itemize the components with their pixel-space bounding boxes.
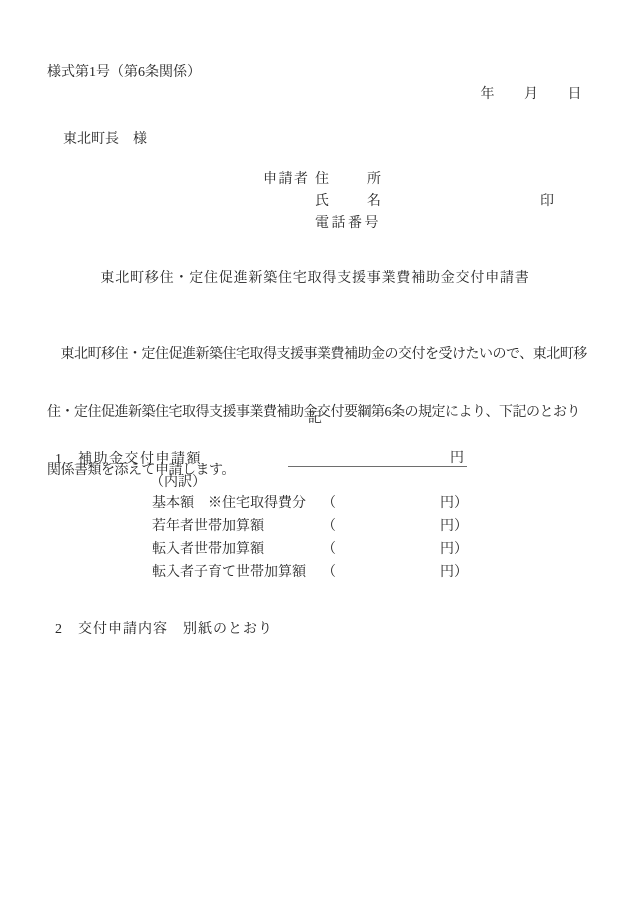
application-form-page: 様式第1号（第6条関係） 年 月 日 東北町長 様 申請者 住 所 氏 名 印 … xyxy=(0,0,630,903)
record-marker: 記 xyxy=(0,410,630,428)
address-label: 住 所 xyxy=(315,171,381,189)
breakdown-label: 若年者世帯加算額 xyxy=(152,518,264,536)
breakdown-heading: （内訳） xyxy=(150,474,206,492)
body-line: 東北町移住・定住促進新築住宅取得支援事業費補助金の交付を受けたいので、東北町移 xyxy=(47,344,592,366)
breakdown-label: 基本額 ※住宅取得費分 xyxy=(152,495,306,513)
breakdown-label: 転入者子育て世帯加算額 xyxy=(152,564,306,582)
address-label-second: 所 xyxy=(367,171,381,189)
date-line: 年 月 日 xyxy=(481,86,583,104)
breakdown-paren-open: （ xyxy=(322,541,336,559)
name-label-first: 氏 xyxy=(315,193,329,211)
breakdown-paren-open: （ xyxy=(322,495,336,513)
breakdown-paren-close: 円） xyxy=(440,518,468,536)
item-2-number: 2 xyxy=(55,621,62,639)
address-label-first: 住 xyxy=(315,171,329,189)
item-2-label: 交付申請内容 別紙のとおり xyxy=(78,621,273,639)
form-number: 様式第1号（第6条関係） xyxy=(47,64,201,82)
applicant-label: 申請者 xyxy=(263,171,310,189)
item-1-number: 1 xyxy=(55,451,62,469)
breakdown-paren-open: （ xyxy=(322,518,336,536)
addressee: 東北町長 様 xyxy=(63,131,147,149)
name-label: 氏 名 xyxy=(315,193,381,211)
breakdown-paren-close: 円） xyxy=(440,495,468,513)
breakdown-paren-close: 円） xyxy=(440,541,468,559)
breakdown-label: 転入者世帯加算額 xyxy=(152,541,264,559)
breakdown-paren-close: 円） xyxy=(440,564,468,582)
name-label-second: 名 xyxy=(367,193,381,211)
amount-unit: 円 xyxy=(450,451,464,466)
phone-label: 電話番号 xyxy=(315,215,381,233)
seal-mark: 印 xyxy=(540,193,554,211)
item-1-label: 補助金交付申請額 xyxy=(78,451,202,469)
breakdown-paren-open: （ xyxy=(322,564,336,582)
amount-blank-underline: 円 xyxy=(288,451,467,467)
document-title: 東北町移住・定住促進新築住宅取得支援事業費補助金交付申請書 xyxy=(0,270,630,288)
